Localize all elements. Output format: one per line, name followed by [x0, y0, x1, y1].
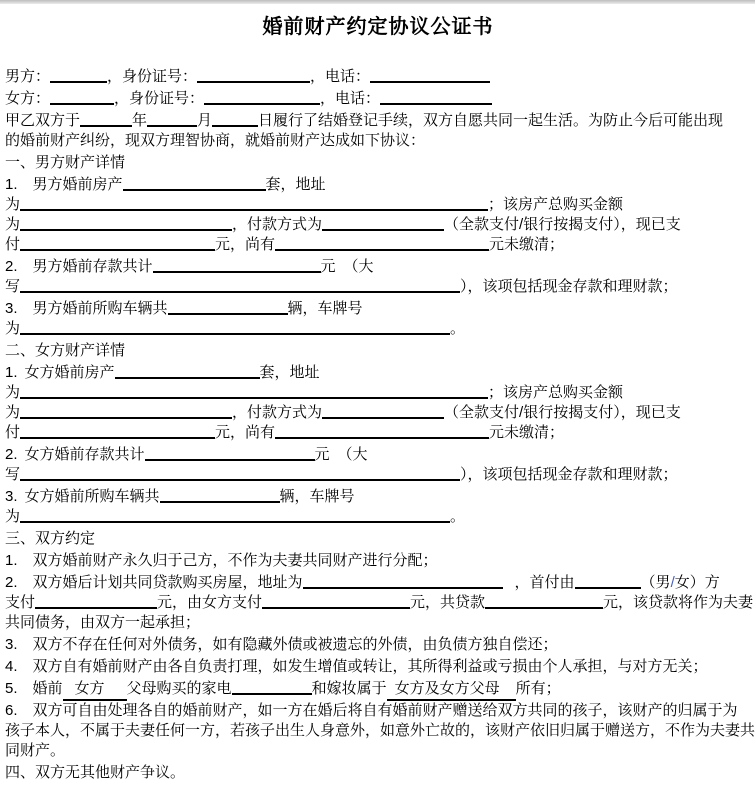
- text-run: 1.: [5, 176, 18, 193]
- section-2-heading: 二、女方财产详情: [5, 341, 751, 361]
- s3-item-5: 5.婚前女方父母购买的家电和嫁妆属于女方及女方父母所有；: [5, 679, 751, 699]
- text-line: 2.男方婚前存款共计元（大: [5, 257, 751, 277]
- blank-field: [147, 112, 197, 127]
- s2-item-1-house: 1.女方婚前房产套，地址为；该房产总购买金额为，付款方式为（全款支付/银行按揭支…: [5, 363, 751, 443]
- text-run: 付: [5, 236, 20, 253]
- blank-field: [20, 404, 232, 419]
- text-run: 双方不存在任何对外债务，如有隐藏外债或被遗忘的外债，由负债方独自偿还；: [33, 636, 558, 653]
- text-run: 套，地址: [260, 364, 320, 381]
- s3-item-2: 2.双方婚后计划共同贷款购买房屋，地址为，首付由（男/女）方支付元，由女方支付元…: [5, 573, 751, 633]
- text-run: 3.: [5, 488, 18, 505]
- text-run: ；该房产总购买金额: [488, 384, 623, 401]
- s3-item-3: 3.双方不存在任何对外债务，如有隐藏外债或被遗忘的外债，由负债方独自偿还；: [5, 635, 751, 655]
- text-line: 4.双方自有婚前财产由各自负责打理，如发生增值或转让，其所得利益或亏损由个人承担…: [5, 657, 751, 677]
- text-line: 写），该项包括现金存款和理财款；: [5, 465, 751, 485]
- text-run: 写: [5, 466, 20, 483]
- text-run: ，身份证号：: [107, 68, 197, 85]
- text-line: 女方：，身份证号：，电话：: [5, 89, 751, 109]
- text-run: 女）方: [675, 574, 720, 591]
- text-run: 男方：: [5, 68, 50, 85]
- document-body: 男方：，身份证号：，电话：女方：，身份证号：，电话：甲乙双方于年月日履行了结婚登…: [5, 67, 751, 783]
- text-run: 女方：: [5, 90, 50, 107]
- text-run: 为: [5, 216, 20, 233]
- text-run: ；该房产总购买金额: [488, 196, 623, 213]
- text-run: 支付: [5, 594, 35, 611]
- text-run: （大: [338, 446, 368, 463]
- text-run: 双方可自由处理各自的婚前财产，如一方在婚后将自有婚前财产赠送给双方共同的孩子，该…: [33, 702, 738, 719]
- text-run: 为: [5, 196, 20, 213]
- text-line: 3.男方婚前所购车辆共辆，车牌号: [5, 299, 751, 319]
- blank-field: [212, 112, 258, 127]
- document-page: 婚前财产约定协议公证书 男方：，身份证号：，电话：女方：，身份证号：，电话：甲乙…: [0, 4, 755, 789]
- text-run: 甲乙双方于: [5, 112, 80, 129]
- s1-item-3-vehicles: 3.男方婚前所购车辆共辆，车牌号为。: [5, 299, 751, 339]
- section-3-heading: 三、双方约定: [5, 529, 751, 549]
- text-line: 1.男方婚前房产套，地址: [5, 175, 751, 195]
- blank-field: [20, 236, 215, 251]
- text-run: 2.: [5, 258, 18, 275]
- blank-field: [20, 384, 488, 399]
- blank-field: [153, 258, 321, 273]
- blank-field: [275, 236, 489, 251]
- text-line: 共同债务，由双方一起承担；: [5, 613, 751, 633]
- text-line: 四、双方无其他财产争议。: [5, 763, 751, 783]
- text-run: 写: [5, 278, 20, 295]
- blank-field: [485, 594, 603, 609]
- blank-field: [50, 90, 114, 105]
- intro-paragraph: 甲乙双方于年月日履行了结婚登记手续，双方自愿共同一起生活。为防止今后可能出现的婚…: [5, 111, 751, 151]
- text-run: 同财产。: [5, 742, 65, 759]
- blank-field: [262, 594, 410, 609]
- text-run: 男方婚前存款共计: [33, 258, 153, 275]
- text-run: 一、男方财产详情: [5, 154, 125, 171]
- text-run: 父母购买的家电: [127, 680, 232, 697]
- text-run: 元: [315, 446, 330, 463]
- text-run: 为: [5, 508, 20, 525]
- blank-field: [232, 680, 312, 695]
- text-run: （大: [344, 258, 374, 275]
- blank-field: [20, 424, 215, 439]
- text-run: 元: [321, 258, 336, 275]
- text-line: 3.女方婚前所购车辆共辆，车牌号: [5, 487, 751, 507]
- text-run: 日履行了结婚登记手续，双方自愿共同一起生活。为防止今后可能出现: [258, 112, 723, 129]
- blank-field: [197, 68, 310, 83]
- text-run: 为: [5, 404, 20, 421]
- blank-field: [35, 594, 157, 609]
- text-run: 双方婚后计划共同贷款购买房屋，地址为: [33, 574, 303, 591]
- s3-item-4: 4.双方自有婚前财产由各自负责打理，如发生增值或转让，其所得利益或亏损由个人承担…: [5, 657, 751, 677]
- text-line: 同财产。: [5, 741, 751, 761]
- s2-item-3-vehicles: 3.女方婚前所购车辆共辆，车牌号为。: [5, 487, 751, 527]
- s1-item-1-house: 1.男方婚前房产套，地址为；该房产总购买金额为，付款方式为（全款支付/银行按揭支…: [5, 175, 751, 255]
- text-run: ，首付由: [515, 574, 575, 591]
- text-line: 支付元，由女方支付元，共贷款元，该贷款将作为夫妻: [5, 593, 751, 613]
- text-line: 2.女方婚前存款共计元（大: [5, 445, 751, 465]
- text-run: （男: [641, 574, 671, 591]
- text-run: ，付款方式为: [232, 404, 322, 421]
- blank-field: [370, 68, 490, 83]
- text-line: 付元，尚有元未缴清；: [5, 423, 751, 443]
- text-run: （全款支付/银行按揭支付），现已支: [444, 404, 681, 421]
- text-run: 所有；: [516, 680, 561, 697]
- text-run: 2.: [5, 574, 18, 591]
- s3-item-1: 1.双方婚前财产永久归于己方，不作为夫妻共同财产进行分配；: [5, 551, 751, 571]
- blank-field: [145, 446, 315, 461]
- text-run: 付: [5, 424, 20, 441]
- text-run: 元，共贷款: [410, 594, 485, 611]
- text-run: ），该项包括现金存款和理财款；: [460, 466, 678, 483]
- filled-underline-text: 女方: [63, 679, 127, 701]
- text-run: 二、女方财产详情: [5, 342, 125, 359]
- text-run: 女方婚前房产: [25, 364, 115, 381]
- blank-field: [20, 466, 460, 481]
- text-line: 三、双方约定: [5, 529, 751, 549]
- text-line: 付元，尚有元未缴清；: [5, 235, 751, 255]
- blank-field: [20, 216, 232, 231]
- blank-field: [80, 112, 132, 127]
- text-run: 元未缴清；: [489, 236, 564, 253]
- text-run: ，电话：: [320, 90, 380, 107]
- section-4-heading: 四、双方无其他财产争议。: [5, 763, 751, 783]
- text-run: 2.: [5, 446, 18, 463]
- text-line: 1.双方婚前财产永久归于己方，不作为夫妻共同财产进行分配；: [5, 551, 751, 571]
- text-line: 为；该房产总购买金额: [5, 383, 751, 403]
- text-line: 为，付款方式为（全款支付/银行按揭支付），现已支: [5, 403, 751, 423]
- s1-item-2-savings: 2.男方婚前存款共计元（大写），该项包括现金存款和理财款；: [5, 257, 751, 297]
- text-run: 3.: [5, 300, 18, 317]
- text-run: 和嫁妆属于: [312, 680, 387, 697]
- text-run: （全款支付/银行按揭支付），现已支: [444, 216, 681, 233]
- text-line: 的婚前财产纠纷，现双方理智协商，就婚前财产达成如下协议：: [5, 131, 751, 151]
- text-line: 为。: [5, 507, 751, 527]
- blank-field: [168, 300, 288, 315]
- text-run: 。: [450, 320, 465, 337]
- blank-field: [204, 90, 320, 105]
- blank-field: [123, 176, 266, 191]
- text-run: 三、双方约定: [5, 530, 95, 547]
- blank-field: [275, 424, 489, 439]
- text-run: 的婚前财产纠纷，现双方理智协商，就婚前财产达成如下协议：: [5, 132, 425, 149]
- blank-field: [50, 68, 107, 83]
- text-run: 6.: [5, 702, 18, 719]
- text-run: ，电话：: [310, 68, 370, 85]
- text-line: 二、女方财产详情: [5, 341, 751, 361]
- s2-item-2-savings: 2.女方婚前存款共计元（大写），该项包括现金存款和理财款；: [5, 445, 751, 485]
- text-run: 婚前: [33, 680, 63, 697]
- section-1-heading: 一、男方财产详情: [5, 153, 751, 173]
- text-line: 2.双方婚后计划共同贷款购买房屋，地址为，首付由（男/女）方: [5, 573, 751, 593]
- text-line: 为；该房产总购买金额: [5, 195, 751, 215]
- text-run: 元，尚有: [215, 424, 275, 441]
- text-line: 1.女方婚前房产套，地址: [5, 363, 751, 383]
- blank-field: [380, 90, 492, 105]
- text-run: 元，尚有: [215, 236, 275, 253]
- text-line: 写），该项包括现金存款和理财款；: [5, 277, 751, 297]
- text-run: 辆，车牌号: [280, 488, 355, 505]
- blank-field: [20, 320, 450, 335]
- text-run: 。: [450, 508, 465, 525]
- text-run: ，付款方式为: [232, 216, 322, 233]
- text-run: 月: [197, 112, 212, 129]
- blank-field: [160, 488, 280, 503]
- text-run: 1.: [5, 364, 18, 381]
- text-line: 6.双方可自由处理各自的婚前财产，如一方在婚后将自有婚前财产赠送给双方共同的孩子…: [5, 701, 751, 721]
- blank-field: [322, 404, 444, 419]
- text-run: ），该项包括现金存款和理财款；: [460, 278, 678, 295]
- text-line: 5.婚前女方父母购买的家电和嫁妆属于女方及女方父母所有；: [5, 679, 751, 699]
- text-run: 男方婚前房产: [33, 176, 123, 193]
- text-run: 为: [5, 384, 20, 401]
- text-run: 共同债务，由双方一起承担；: [5, 614, 200, 631]
- party-b-line: 女方：，身份证号：，电话：: [5, 89, 751, 109]
- text-run: 元，由女方支付: [157, 594, 262, 611]
- text-run: 辆，车牌号: [288, 300, 363, 317]
- text-run: 女方婚前存款共计: [25, 446, 145, 463]
- text-run: 套，地址: [266, 176, 326, 193]
- text-run: 5.: [5, 680, 18, 697]
- text-run: 4.: [5, 658, 18, 675]
- text-run: 元，该贷款将作为夫妻: [603, 594, 753, 611]
- text-line: 为。: [5, 319, 751, 339]
- blank-field: [322, 216, 444, 231]
- text-run: 双方婚前财产永久归于己方，不作为夫妻共同财产进行分配；: [33, 552, 438, 569]
- text-run: 3.: [5, 636, 18, 653]
- blank-field: [20, 196, 488, 211]
- text-line: 男方：，身份证号：，电话：: [5, 67, 751, 87]
- document-title: 婚前财产约定协议公证书: [5, 14, 751, 40]
- blank-field: [20, 508, 450, 523]
- blank-field: [20, 278, 460, 293]
- blank-field: [303, 574, 503, 589]
- text-run: 为: [5, 320, 20, 337]
- party-a-line: 男方：，身份证号：，电话：: [5, 67, 751, 87]
- text-run: 年: [132, 112, 147, 129]
- text-line: 孩子本人，不属于夫妻任何一方，若孩子出生人身意外，如意外亡故的，该财产依旧归属于…: [5, 721, 751, 741]
- text-run: 1.: [5, 552, 18, 569]
- text-run: 双方自有婚前财产由各自负责打理，如发生增值或转让，其所得利益或亏损由个人承担，与…: [33, 658, 708, 675]
- text-run: 元未缴清；: [489, 424, 564, 441]
- blank-field: [575, 574, 641, 589]
- text-line: 3.双方不存在任何对外债务，如有隐藏外债或被遗忘的外债，由负债方独自偿还；: [5, 635, 751, 655]
- text-run: ，身份证号：: [114, 90, 204, 107]
- text-run: 男方婚前所购车辆共: [33, 300, 168, 317]
- text-run: 孩子本人，不属于夫妻任何一方，若孩子出生人身意外，如意外亡故的，该财产依旧归属于…: [5, 722, 755, 739]
- s3-item-6: 6.双方可自由处理各自的婚前财产，如一方在婚后将自有婚前财产赠送给双方共同的孩子…: [5, 701, 751, 761]
- text-line: 甲乙双方于年月日履行了结婚登记手续，双方自愿共同一起生活。为防止今后可能出现: [5, 111, 751, 131]
- text-line: 为，付款方式为（全款支付/银行按揭支付），现已支: [5, 215, 751, 235]
- blank-field: [115, 364, 260, 379]
- text-run: 四、双方无其他财产争议。: [5, 764, 185, 781]
- text-line: 一、男方财产详情: [5, 153, 751, 173]
- filled-underline-text: 女方及女方父母: [387, 679, 516, 701]
- text-run: 女方婚前所购车辆共: [25, 488, 160, 505]
